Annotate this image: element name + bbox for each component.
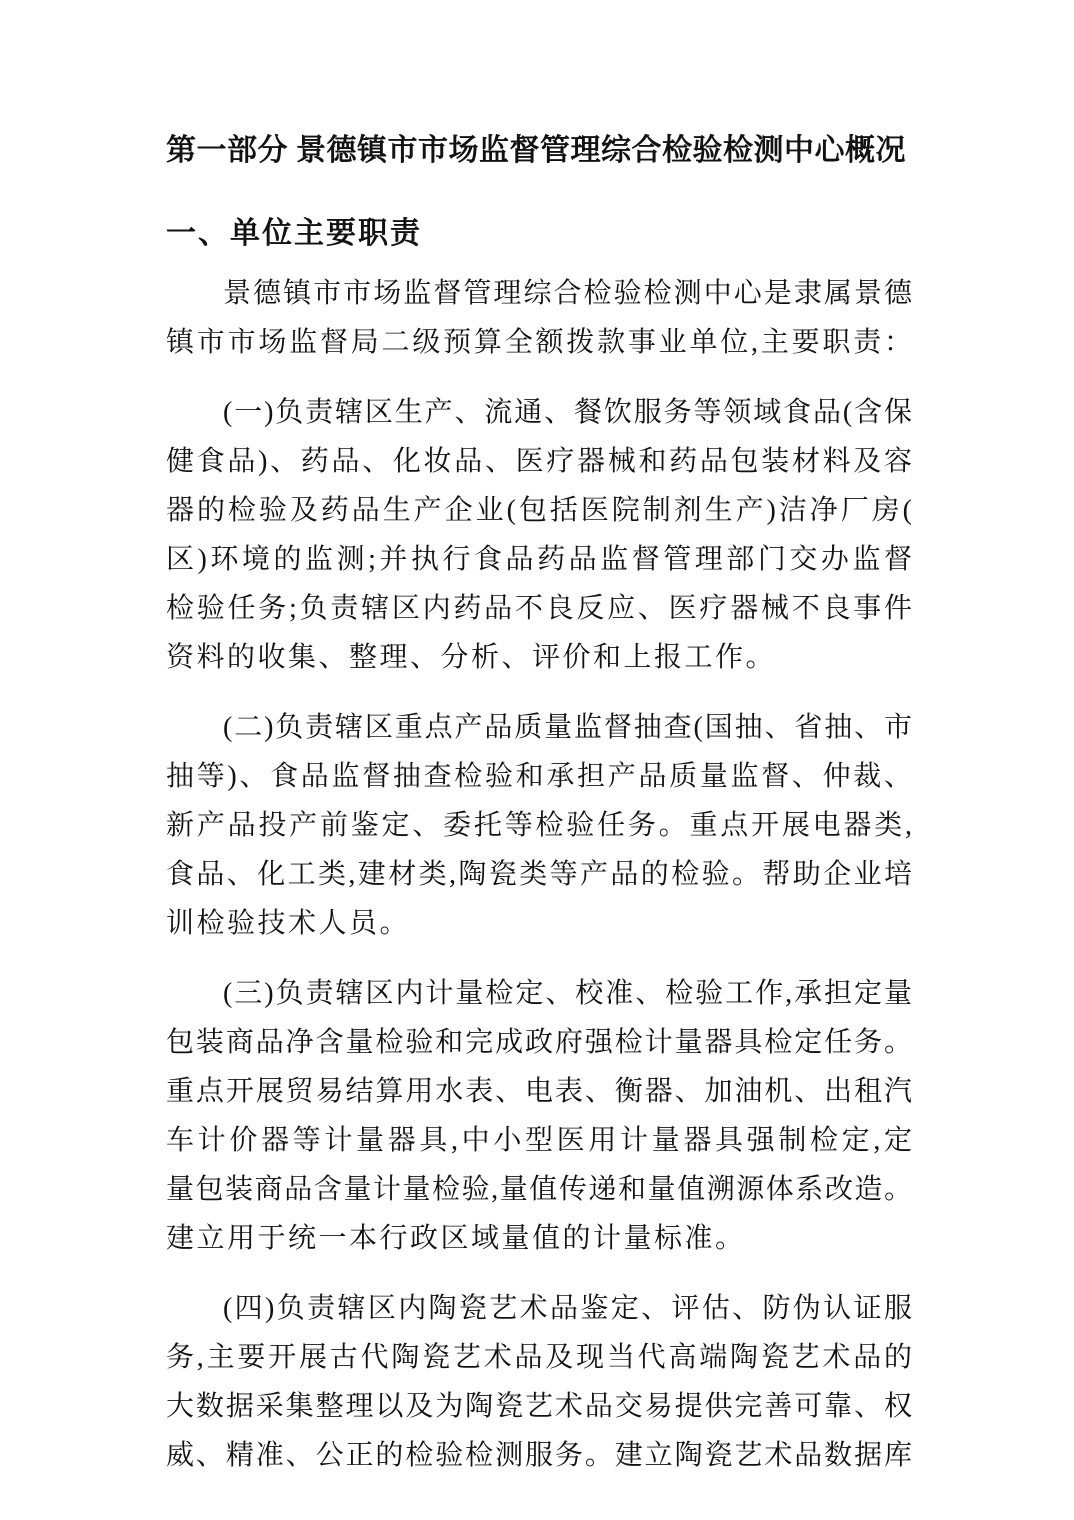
text-line: 车计价器等计量器具,中小型医用计量器具强制检定,定	[166, 1116, 912, 1165]
text-line: 量包装商品含量计量检验,量值传递和量值溯源体系改造。	[166, 1165, 912, 1214]
document-page: 第一部分 景德镇市市场监督管理综合检验检测中心概况 一、单位主要职责 景德镇市市…	[0, 0, 1074, 1520]
text-line: 健食品)、药品、化妆品、医疗器械和药品包装材料及容	[166, 437, 912, 486]
text-line: 大数据采集整理以及为陶瓷艺术品交易提供完善可靠、权	[166, 1382, 912, 1431]
text-line: 新产品投产前鉴定、委托等检验任务。重点开展电器类,	[166, 801, 912, 850]
text-line: 抽等)、食品监督抽查检验和承担产品质量监督、仲裁、	[166, 752, 912, 801]
text-line: (二)负责辖区重点产品质量监督抽查(国抽、省抽、市	[166, 703, 912, 752]
text-line: 镇市市场监督局二级预算全额拨款事业单位,主要职责：	[166, 318, 912, 367]
text-line: 务,主要开展古代陶瓷艺术品及现当代高端陶瓷艺术品的	[166, 1333, 912, 1382]
section-heading: 一、单位主要职责	[166, 215, 912, 253]
document-title: 第一部分 景德镇市市场监督管理综合检验检测中心概况	[166, 132, 912, 170]
paragraph-duty-3: (三)负责辖区内计量检定、校准、检验工作,承担定量 包装商品净含量检验和完成政府…	[166, 969, 912, 1263]
text-line: 资料的收集、整理、分析、评价和上报工作。	[166, 633, 912, 682]
text-line: 重点开展贸易结算用水表、电表、衡器、加油机、出租汽	[166, 1067, 912, 1116]
text-line: (一)负责辖区生产、流通、餐饮服务等领域食品(含保	[166, 388, 912, 437]
text-line: (三)负责辖区内计量检定、校准、检验工作,承担定量	[166, 969, 912, 1018]
document-content: 第一部分 景德镇市市场监督管理综合检验检测中心概况 一、单位主要职责 景德镇市市…	[166, 132, 912, 1501]
text-line: 训检验技术人员。	[166, 899, 912, 948]
text-line: 器的检验及药品生产企业(包括医院制剂生产)洁净厂房(	[166, 486, 912, 535]
text-line: 包装商品净含量检验和完成政府强检计量器具检定任务。	[166, 1018, 912, 1067]
paragraph-intro: 景德镇市市场监督管理综合检验检测中心是隶属景德 镇市市场监督局二级预算全额拨款事…	[166, 269, 912, 367]
text-line: (四)负责辖区内陶瓷艺术品鉴定、评估、防伪认证服	[166, 1284, 912, 1333]
text-line: 食品、化工类,建材类,陶瓷类等产品的检验。帮助企业培	[166, 850, 912, 899]
text-line: 建立用于统一本行政区域量值的计量标准。	[166, 1214, 912, 1263]
text-line: 区)环境的监测;并执行食品药品监督管理部门交办监督	[166, 535, 912, 584]
text-line: 检验任务;负责辖区内药品不良反应、医疗器械不良事件	[166, 584, 912, 633]
text-line: 景德镇市市场监督管理综合检验检测中心是隶属景德	[166, 269, 912, 318]
paragraph-duty-4: (四)负责辖区内陶瓷艺术品鉴定、评估、防伪认证服 务,主要开展古代陶瓷艺术品及现…	[166, 1284, 912, 1480]
paragraph-duty-2: (二)负责辖区重点产品质量监督抽查(国抽、省抽、市 抽等)、食品监督抽查检验和承…	[166, 703, 912, 948]
paragraph-duty-1: (一)负责辖区生产、流通、餐饮服务等领域食品(含保 健食品)、药品、化妆品、医疗…	[166, 388, 912, 682]
text-line: 威、精准、公正的检验检测服务。建立陶瓷艺术品数据库	[166, 1431, 912, 1480]
